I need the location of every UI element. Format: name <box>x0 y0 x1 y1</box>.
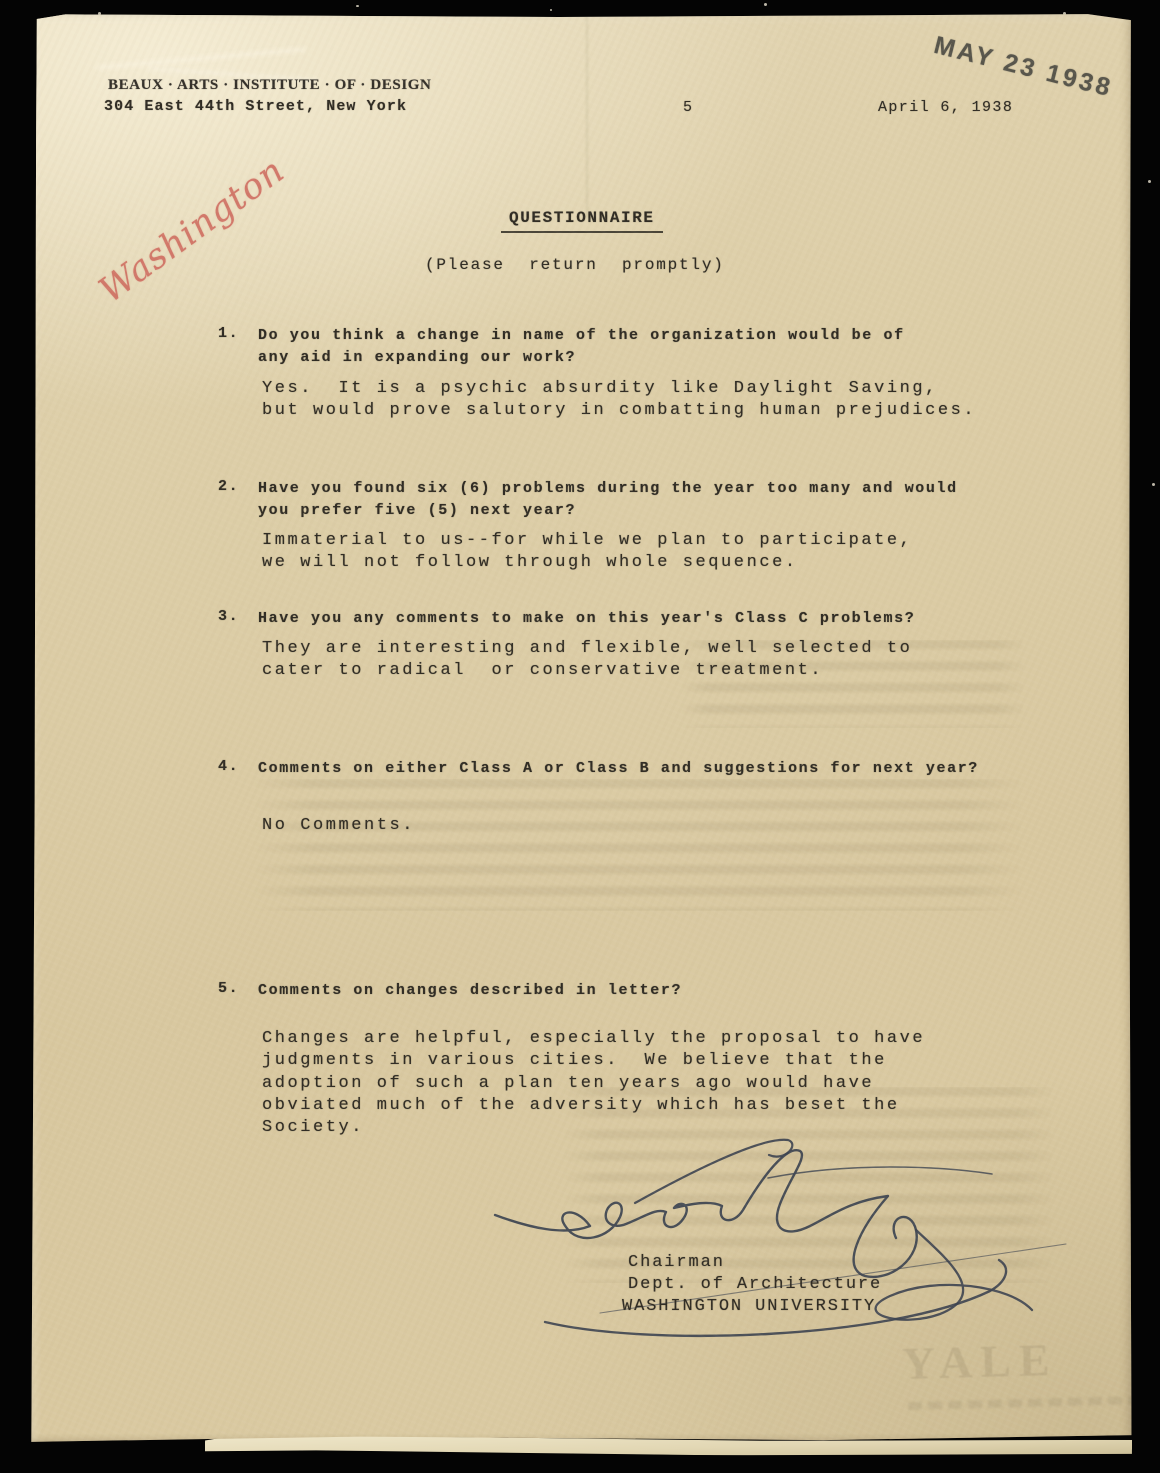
question-5-number: 5. <box>218 980 258 997</box>
crease-line <box>96 48 305 69</box>
crease-line <box>586 13 588 218</box>
question-3-number: 3. <box>218 608 258 625</box>
question-4-number: 4. <box>218 758 258 775</box>
answer-2-text: Immaterial to us--for while we plan to p… <box>262 530 1022 575</box>
question-3-text: Have you any comments to make on this ye… <box>258 608 1018 630</box>
return-instruction: (Please return promptly) <box>425 256 725 274</box>
red-pencil-annotation: Washington <box>92 151 292 312</box>
watermark-subline <box>908 1396 1143 1410</box>
question-2-number: 2. <box>218 478 258 495</box>
dust-speck <box>764 3 767 6</box>
scan-background: { "document": { "letterhead": { "institu… <box>0 0 1160 1473</box>
question-1-text: Do you think a change in name of the org… <box>258 325 1018 369</box>
bleedthrough-text <box>252 779 1024 911</box>
question-4-text: Comments on either Class A or Class B an… <box>258 758 1018 780</box>
answer-1-text: Yes. It is a psychic absurdity like Dayl… <box>262 378 1022 423</box>
dust-speck <box>550 9 552 11</box>
paper-sheet: MAY 23 1938 BEAUX · ARTS · INSTITUTE · O… <box>30 13 1132 1443</box>
question-1-number: 1. <box>218 325 258 342</box>
footer-role-chairman: Chairman <box>628 1253 725 1272</box>
page-number: 5 <box>683 99 693 116</box>
dust-speck <box>1152 483 1155 486</box>
dust-speck <box>98 12 101 15</box>
yale-watermark: YALE <box>901 1333 1058 1390</box>
document-title: QUESTIONNAIRE <box>501 209 663 233</box>
footer-department: Dept. of Architecture <box>628 1275 882 1294</box>
handwritten-signature-icon <box>470 1108 1070 1353</box>
footer-university: WASHINGTON UNIVERSITY <box>622 1297 876 1316</box>
letterhead-address: 304 East 44th Street, New York <box>104 98 407 115</box>
question-5-text: Comments on changes described in letter? <box>258 980 1018 1002</box>
dust-speck <box>1148 180 1151 183</box>
question-2-text: Have you found six (6) problems during t… <box>258 478 1018 522</box>
answer-3-text: They are interesting and flexible, well … <box>262 638 1022 683</box>
answer-4-text: No Comments. <box>262 815 1022 837</box>
letterhead-institution: BEAUX · ARTS · INSTITUTE · OF · DESIGN <box>108 77 431 94</box>
dust-speck <box>356 5 359 7</box>
document-date: April 6, 1938 <box>878 99 1013 116</box>
